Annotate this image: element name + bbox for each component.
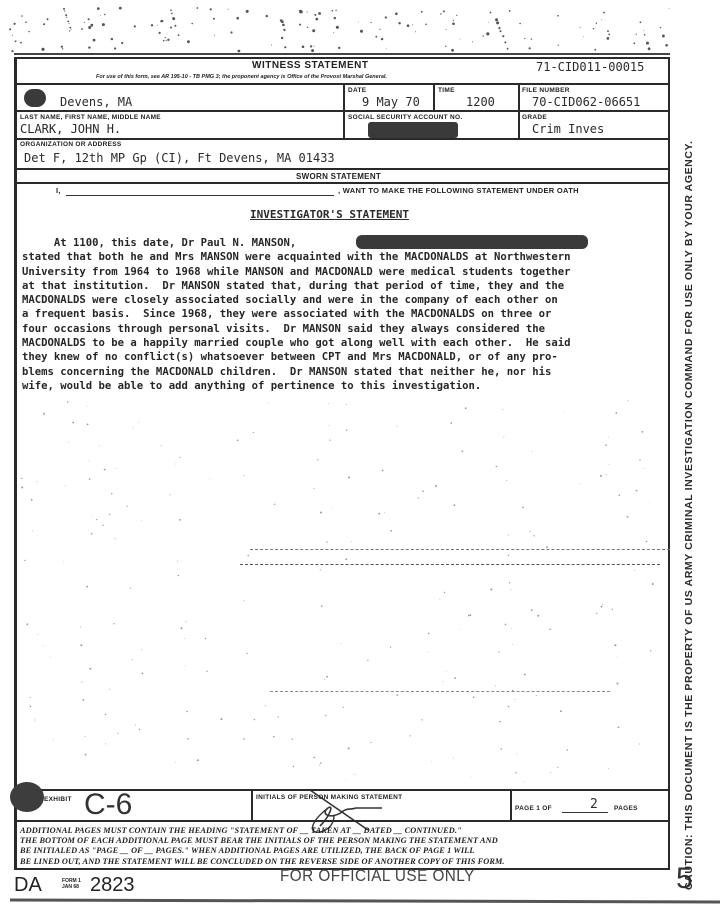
statement-line: University from 1964 to 1968 while MANSO… [22,265,662,279]
page-total-underline [562,812,608,813]
official-use-stamp: FOR OFFICIAL USE ONLY [280,866,475,886]
side-caution-text: CAUTION: THIS DOCUMENT IS THE PROPERTY O… [683,140,695,890]
statement-body: At 1100, this date, Dr Paul N. MANSON,st… [22,236,662,393]
date-value: 9 May 70 [362,95,420,109]
date-label: DATE [348,87,366,94]
page-label-prefix: PAGE 1 OF [515,805,552,812]
form-title: WITNESS STATEMENT [252,60,368,71]
notice-line: THE BOTTOM OF EACH ADDITIONAL PAGE MUST … [20,836,668,846]
case-number: 71-CID011-00015 [536,60,644,74]
statement-line: they knew of no conflict(s) whatsoever b… [22,350,662,364]
place-value: Devens, MA [60,95,132,109]
redacted-ssn [368,122,458,138]
oath-name-blank [66,195,334,196]
statement-line: blems concerning the MACDONALD children.… [22,365,662,379]
file-number-value: 70-CID062-06651 [532,95,640,109]
time-label: TIME [438,87,455,94]
grade-label: GRADE [522,114,547,121]
page-total: 2 [590,797,598,812]
sworn-statement-header: SWORN STATEMENT [296,172,381,181]
name-label: LAST NAME, FIRST NAME, MIDDLE NAME [20,114,161,121]
punch-hole-mark [10,782,44,812]
statement-heading: INVESTIGATOR'S STATEMENT [250,208,409,221]
statement-line: at that institution. Dr MANSON stated th… [22,279,662,293]
grade-value: Crim Inves [532,122,604,136]
form-id-prefix: DA [14,874,42,897]
page-label-suffix: PAGES [614,805,638,812]
oath-suffix: , WANT TO MAKE THE FOLLOWING STATEMENT U… [338,186,579,195]
org-label: ORGANIZATION OR ADDRESS [20,141,122,148]
notice-line: BE INITIALED AS "PAGE __ OF __ PAGES." W… [20,846,668,856]
form-subtitle: For use of this form, see AR 195-10 - TB… [96,74,387,80]
blank-line-marks [270,691,610,692]
org-value: Det F, 12th MP Gp (CI), Ft Devens, MA 01… [24,151,335,165]
notice-line: ADDITIONAL PAGES MUST CONTAIN THE HEADIN… [20,826,668,836]
ssn-label: SOCIAL SECURITY ACCOUNT NO. [348,114,463,121]
redacted-place-prefix [24,89,46,107]
additional-pages-notice: ADDITIONAL PAGES MUST CONTAIN THE HEADIN… [20,826,668,867]
statement-line: a frequent basis. Since 1968, they were … [22,307,662,321]
time-value: 1200 [466,95,495,109]
oath-prefix: I, [56,186,61,195]
exhibit-value: C-6 [84,788,132,822]
statement-line: MACDONALDS were closely associated socia… [22,293,662,307]
form-id-number: 2823 [90,874,135,897]
redacted-address [356,235,588,249]
statement-line: wife, would be able to add anything of p… [22,379,662,393]
blank-line-marks [240,564,660,565]
statement-line: stated that both he and Mrs MANSON were … [22,250,662,264]
statement-line: MACDONALDS to be a happily married coupl… [22,336,662,350]
exhibit-label: EXHIBIT [44,796,72,803]
file-number-label: FILE NUMBER [522,87,570,94]
statement-line: four occasions through personal visits. … [22,322,662,336]
form-id-small: FORM 1 JAN 68 [62,878,90,890]
blank-line-marks [250,549,670,550]
name-value: CLARK, JOHN H. [20,122,121,136]
